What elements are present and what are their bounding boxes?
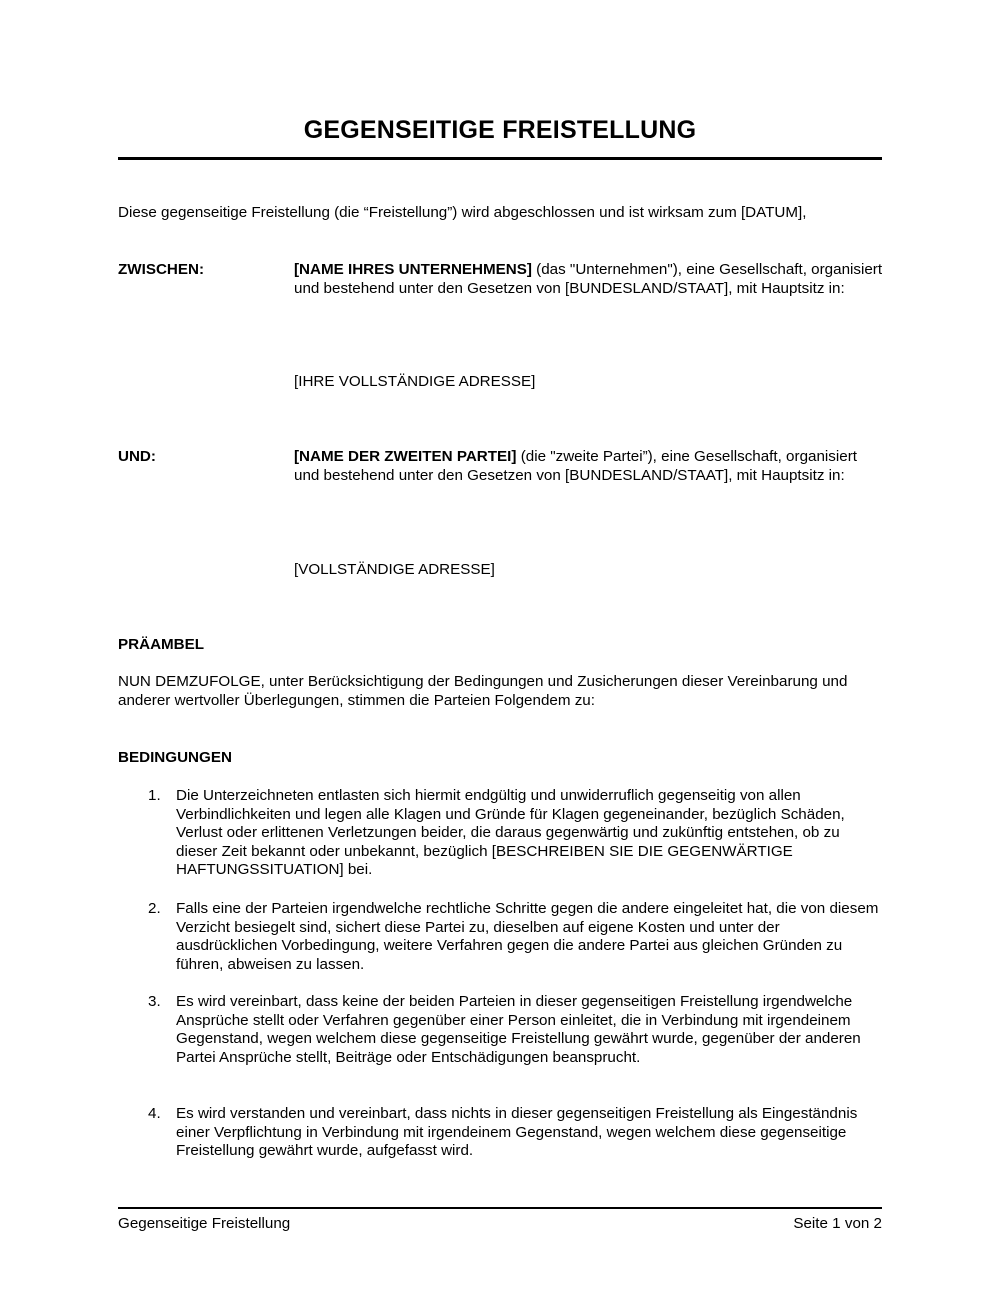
title-divider xyxy=(118,157,882,160)
condition-number: 3. xyxy=(148,993,161,1012)
party-address-company: [IHRE VOLLSTÄNDIGE ADRESSE] xyxy=(294,373,884,392)
condition-text: Falls eine der Parteien irgendwelche rec… xyxy=(176,900,882,974)
condition-text: Es wird vereinbart, dass keine der beide… xyxy=(176,993,882,1067)
condition-number: 1. xyxy=(148,787,161,806)
footer-page-number: Seite 1 von 2 xyxy=(793,1215,882,1234)
party-name-second: [NAME DER ZWEITEN PARTEI] xyxy=(294,448,516,465)
footer-divider xyxy=(118,1207,882,1209)
party-label-between: ZWISCHEN: xyxy=(118,261,204,280)
party-name-company: [NAME IHRES UNTERNEHMENS] xyxy=(294,261,532,278)
condition-number: 4. xyxy=(148,1105,161,1124)
party-description-company: [NAME IHRES UNTERNEHMENS] (das "Unterneh… xyxy=(294,261,884,298)
intro-paragraph: Diese gegenseitige Freistellung (die “Fr… xyxy=(118,204,882,223)
condition-number: 2. xyxy=(148,900,161,919)
condition-text: Es wird verstanden und vereinbart, dass … xyxy=(176,1105,882,1161)
conditions-heading: BEDINGUNGEN xyxy=(118,749,232,768)
party-description-second: [NAME DER ZWEITEN PARTEI] (die "zweite P… xyxy=(294,448,884,485)
preamble-heading: PRÄAMBEL xyxy=(118,636,204,655)
footer-document-name: Gegenseitige Freistellung xyxy=(118,1215,290,1234)
party-address-second: [VOLLSTÄNDIGE ADRESSE] xyxy=(294,561,884,580)
party-label-and: UND: xyxy=(118,448,156,467)
preamble-text: NUN DEMZUFOLGE, unter Berücksichtigung d… xyxy=(118,673,882,710)
condition-text: Die Unterzeichneten entlasten sich hierm… xyxy=(176,787,882,880)
document-title: GEGENSEITIGE FREISTELLUNG xyxy=(118,116,882,145)
